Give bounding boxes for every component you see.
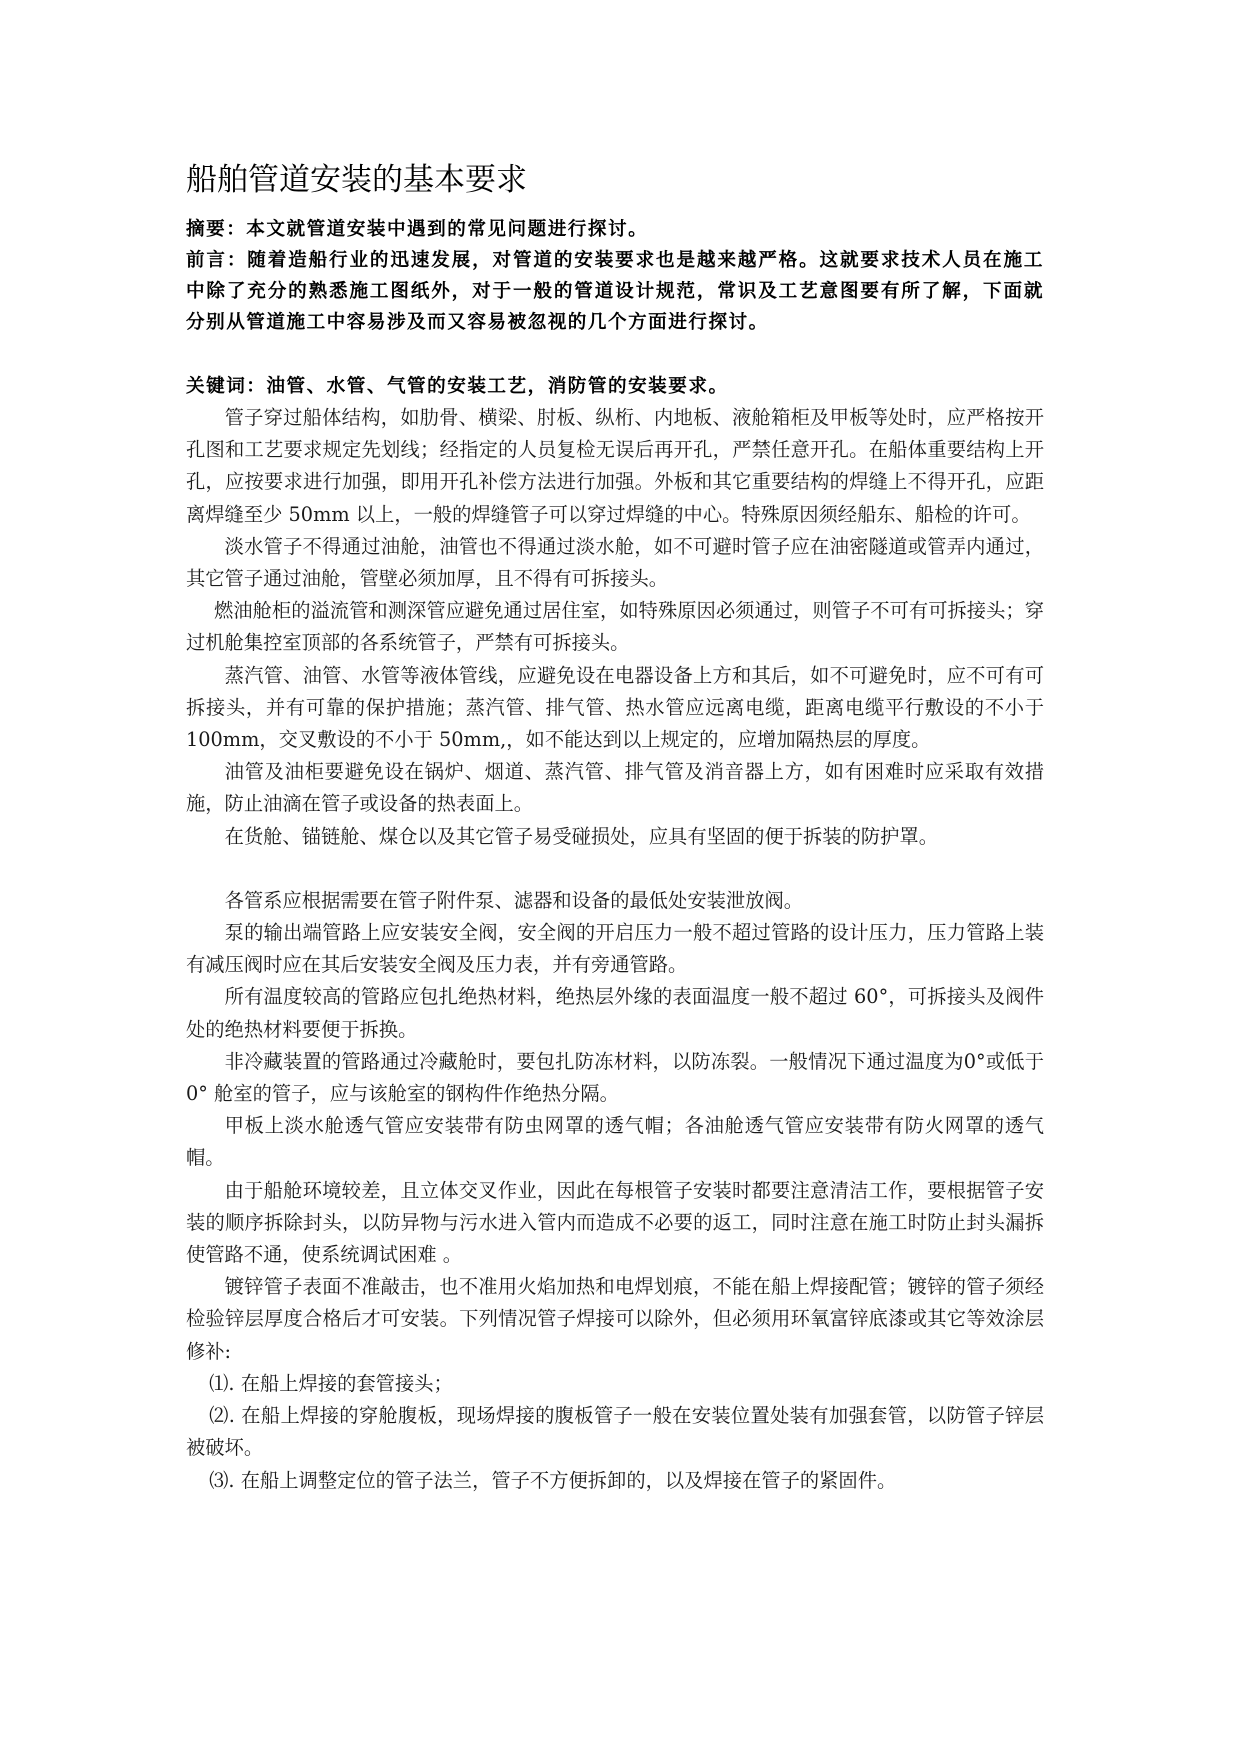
document-page: 船舶管道安装的基本要求 摘要：本文就管道安装中遇到的常见问题进行探讨。 前言：随… xyxy=(186,158,1044,1497)
paragraph: 油管及油柜要避免设在锅炉、烟道、蒸汽管、排气管及消音器上方，如有困难时应采取有效… xyxy=(186,756,1044,820)
keywords: 关键词：油管、水管、气管的安装工艺，消防管的安装要求。 xyxy=(186,371,1044,402)
spacer xyxy=(186,853,1044,885)
preface: 前言：随着造船行业的迅速发展，对管道的安装要求也是越来越严格。这就要求技术人员在… xyxy=(186,245,1044,338)
paragraph: 泵的输出端管路上应安装安全阀，安全阀的开启压力一般不超过管路的设计压力，压力管路… xyxy=(186,917,1044,981)
paragraph: 所有温度较高的管路应包扎绝热材料，绝热层外缘的表面温度一般不超过 60°，可拆接… xyxy=(186,981,1044,1045)
paragraph: 淡水管子不得通过油舱，油管也不得通过淡水舱，如不可避时管子应在油密隧道或管弄内通… xyxy=(186,531,1044,595)
paragraph: 各管系应根据需要在管子附件泵、滤器和设备的最低处安装泄放阀。 xyxy=(186,885,1044,917)
paragraph: 蒸汽管、油管、水管等液体管线，应避免设在电器设备上方和其后，如不可避免时，应不可… xyxy=(186,660,1044,757)
list-item: ⑵. 在船上焊接的穿舱腹板，现场焊接的腹板管子一般在安装位置处装有加强套管，以防… xyxy=(186,1400,1044,1464)
paragraph: 甲板上淡水舱透气管应安装带有防虫网罩的透气帽；各油舱透气管应安装带有防火网罩的透… xyxy=(186,1110,1044,1174)
body-section: 管子穿过船体结构，如肋骨、横梁、肘板、纵桁、内地板、液舱箱柜及甲板等处时，应严格… xyxy=(186,402,1044,1497)
paragraph: 管子穿过船体结构，如肋骨、横梁、肘板、纵桁、内地板、液舱箱柜及甲板等处时，应严格… xyxy=(186,402,1044,531)
spacer xyxy=(186,338,1044,369)
paragraph: 非冷藏装置的管路通过冷藏舱时，要包扎防冻材料，以防冻裂。一般情况下通过温度为0°… xyxy=(186,1046,1044,1110)
intro-section: 摘要：本文就管道安装中遇到的常见问题进行探讨。 前言：随着造船行业的迅速发展，对… xyxy=(186,214,1044,369)
paragraph: 由于船舱环境较差，且立体交叉作业，因此在每根管子安装时都要注意清洁工作，要根据管… xyxy=(186,1175,1044,1272)
paragraph: 镀锌管子表面不准敲击，也不准用火焰加热和电焊划痕，不能在船上焊接配管；镀锌的管子… xyxy=(186,1271,1044,1368)
list-item: ⑶. 在船上调整定位的管子法兰，管子不方便拆卸的，以及焊接在管子的紧固件。 xyxy=(186,1465,1044,1497)
paragraph: 在货舱、锚链舱、煤仓以及其它管子易受碰损处，应具有坚固的便于拆装的防护罩。 xyxy=(186,821,1044,853)
list-item: ⑴. 在船上焊接的套管接头； xyxy=(186,1368,1044,1400)
abstract: 摘要：本文就管道安装中遇到的常见问题进行探讨。 xyxy=(186,214,1044,245)
document-title: 船舶管道安装的基本要求 xyxy=(186,158,1044,202)
paragraph: 燃油舱柜的溢流管和测深管应避免通过居住室，如特殊原因必须通过，则管子不可有可拆接… xyxy=(186,595,1044,659)
